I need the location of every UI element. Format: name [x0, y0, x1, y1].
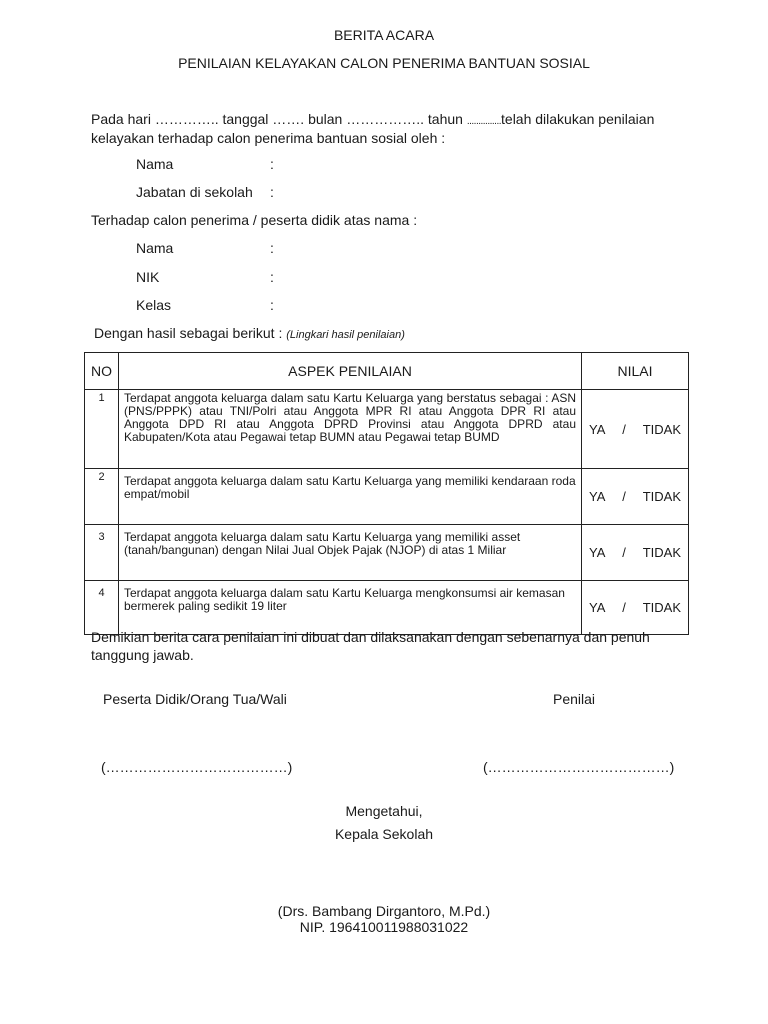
- principal-name: (Drs. Bambang Dirgantoro, M.Pd.): [0, 903, 768, 919]
- intro-paragraph: Pada hari ………….. tanggal ……. bulan ………………: [91, 111, 691, 147]
- row-no: 2: [85, 469, 119, 525]
- assessor-name-label: Nama: [136, 156, 173, 172]
- option-tidak[interactable]: TIDAK: [643, 600, 681, 615]
- row-nilai: YA/TIDAK: [582, 469, 689, 525]
- candidate-class-colon: :: [270, 297, 274, 313]
- option-ya[interactable]: YA: [589, 600, 605, 615]
- closing-statement: Demikian berita cara penilaian ini dibua…: [91, 628, 661, 664]
- candidate-nik-label: NIK: [136, 269, 159, 285]
- row-nilai: YA/TIDAK: [582, 390, 689, 469]
- option-ya[interactable]: YA: [589, 489, 605, 504]
- document-title: BERITA ACARA: [0, 27, 768, 43]
- acknowledge-label: Mengetahui,: [0, 803, 768, 819]
- option-tidak[interactable]: TIDAK: [643, 489, 681, 504]
- option-ya[interactable]: YA: [589, 545, 605, 560]
- header-nilai: NILAI: [582, 353, 689, 390]
- candidate-nik-colon: :: [270, 269, 274, 285]
- assessment-table: NO ASPEK PENILAIAN NILAI 1 Terdapat angg…: [84, 352, 689, 635]
- signature-right-label: Penilai: [553, 691, 595, 707]
- intro-line-1: Pada hari ………….. tanggal ……. bulan ………………: [91, 111, 691, 130]
- document-subtitle: PENILAIAN KELAYAKAN CALON PENERIMA BANTU…: [0, 55, 768, 71]
- candidate-class-label: Kelas: [136, 297, 171, 313]
- signature-left-label: Peserta Didik/Orang Tua/Wali: [103, 691, 287, 707]
- row-aspek: Terdapat anggota keluarga dalam satu Kar…: [119, 469, 582, 525]
- row-no: 3: [85, 525, 119, 581]
- result-intro: Dengan hasil sebagai berikut : (Lingkari…: [94, 325, 405, 341]
- header-no: NO: [85, 353, 119, 390]
- row-aspek: Terdapat anggota keluarga dalam satu Kar…: [119, 525, 582, 581]
- result-hint: (Lingkari hasil penilaian): [286, 329, 405, 341]
- row-nilai: YA/TIDAK: [582, 525, 689, 581]
- assessor-position-colon: :: [270, 184, 274, 200]
- row-no: 1: [85, 390, 119, 469]
- signature-left-blank: (…………………………………): [101, 759, 292, 775]
- row-aspek: Terdapat anggota keluarga dalam satu Kar…: [119, 390, 582, 469]
- assessor-position-label: Jabatan di sekolah: [136, 184, 253, 200]
- candidate-intro: Terhadap calon penerima / peserta didik …: [91, 212, 417, 228]
- candidate-name-colon: :: [270, 240, 274, 256]
- option-ya[interactable]: YA: [589, 422, 605, 437]
- assessor-name-colon: :: [270, 156, 274, 172]
- table-row: 2 Terdapat anggota keluarga dalam satu K…: [85, 469, 689, 525]
- option-tidak[interactable]: TIDAK: [643, 545, 681, 560]
- option-tidak[interactable]: TIDAK: [643, 422, 681, 437]
- candidate-name-label: Nama: [136, 240, 173, 256]
- table-row: 3 Terdapat anggota keluarga dalam satu K…: [85, 525, 689, 581]
- row-no: 4: [85, 581, 119, 635]
- row-nilai: YA/TIDAK: [582, 581, 689, 635]
- intro-line-2: kelayakan terhadap calon penerima bantua…: [91, 130, 691, 147]
- header-aspek: ASPEK PENILAIAN: [119, 353, 582, 390]
- table-header-row: NO ASPEK PENILAIAN NILAI: [85, 353, 689, 390]
- principal-title: Kepala Sekolah: [0, 826, 768, 842]
- row-aspek: Terdapat anggota keluarga dalam satu Kar…: [119, 581, 582, 635]
- table-row: 1 Terdapat anggota keluarga dalam satu K…: [85, 390, 689, 469]
- principal-nip: NIP. 196410011988031022: [0, 919, 768, 935]
- table-row: 4 Terdapat anggota keluarga dalam satu K…: [85, 581, 689, 635]
- signature-right-blank: (…………………………………): [483, 759, 674, 775]
